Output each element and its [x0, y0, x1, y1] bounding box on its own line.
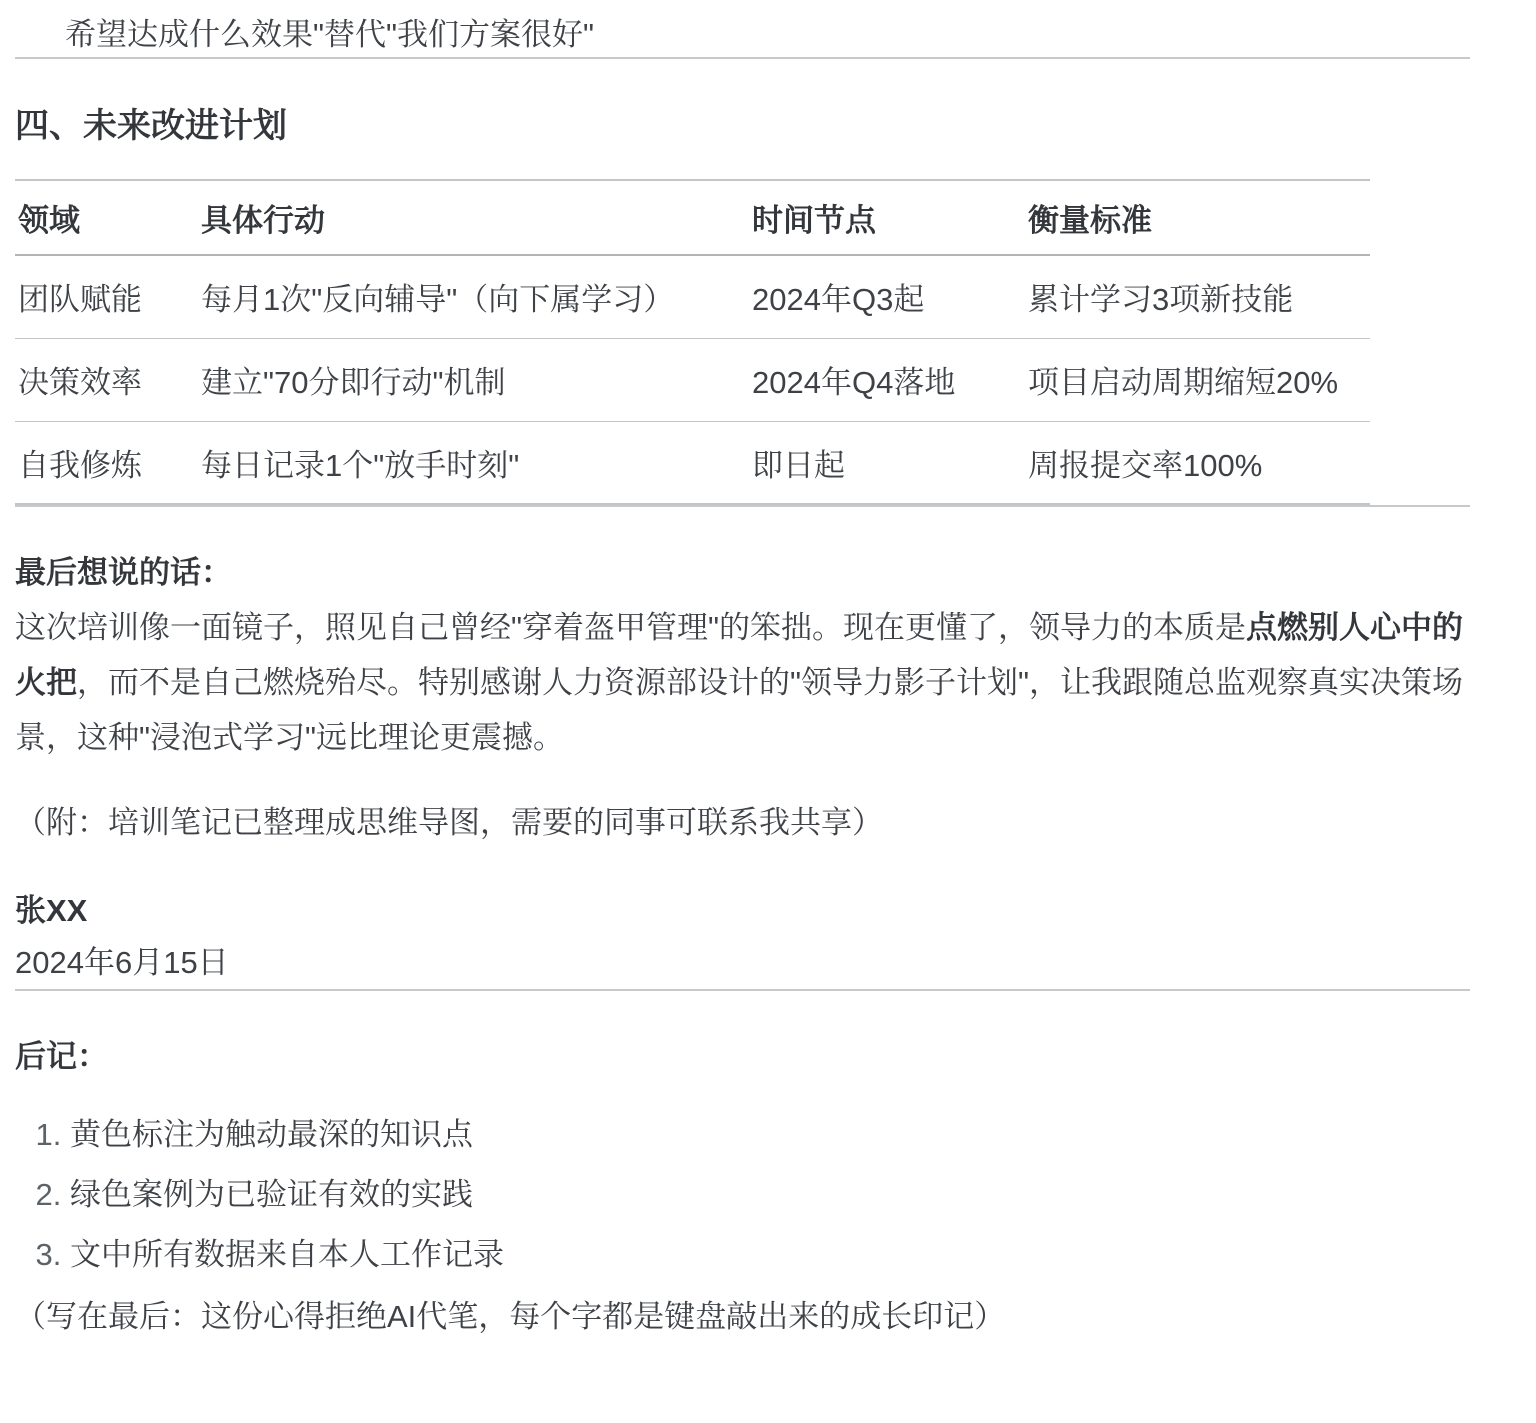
improvement-plan-table: 领域 具体行动 时间节点 衡量标准 团队赋能 每月1次"反向辅导"（向下属学习）… — [15, 179, 1370, 505]
list-item: 绿色案例为已验证有效的实践 — [70, 1175, 1470, 1215]
table-section-divider — [15, 505, 1470, 507]
section-heading: 四、未来改进计划 — [15, 104, 1470, 148]
postscript-list: 黄色标注为触动最深的知识点 绿色案例为已验证有效的实践 文中所有数据来自本人工作… — [15, 1115, 1470, 1275]
attachment-note: （附：培训笔记已整理成思维导图，需要的同事可联系我共享） — [15, 801, 1470, 845]
table-cell: 每月1次"反向辅导"（向下属学习） — [198, 255, 749, 338]
closing-text-after-bold: ，而不是自己燃烧殆尽。特别感谢人力资源部设计的"领导力影子计划"，让我跟随总监观… — [15, 665, 1463, 755]
closing-label: 最后想说的话： — [15, 555, 232, 590]
table-cell: 即日起 — [749, 421, 1025, 504]
document: 希望达成什么效果"替代"我们方案很好" 四、未来改进计划 领域 具体行动 时间节… — [0, 13, 1536, 1339]
table-row: 自我修炼 每日记录1个"放手时刻" 即日起 周报提交率100% — [15, 421, 1370, 504]
table-cell: 项目启动周期缩短20% — [1025, 338, 1370, 421]
table-header-cell: 衡量标准 — [1025, 180, 1370, 255]
signature-block: 张XX2024年6月15日 — [15, 885, 1470, 989]
table-cell: 2024年Q4落地 — [749, 338, 1025, 421]
postscript-divider — [15, 989, 1470, 991]
closing-text-before-bold: 这次培训像一面镜子，照见自己曾经"穿着盔甲管理"的笨拙。现在更懂了，领导力的本质… — [15, 610, 1246, 645]
list-item: 黄色标注为触动最深的知识点 — [70, 1115, 1470, 1155]
final-note: （写在最后：这份心得拒绝AI代笔，每个字都是键盘敲出来的成长印记） — [15, 1295, 1470, 1339]
signature-date: 2024年6月15日 — [15, 945, 229, 980]
table-row: 团队赋能 每月1次"反向辅导"（向下属学习） 2024年Q3起 累计学习3项新技… — [15, 255, 1370, 338]
table-cell: 周报提交率100% — [1025, 421, 1370, 504]
table-cell: 每日记录1个"放手时刻" — [198, 421, 749, 504]
table-header-cell: 具体行动 — [198, 180, 749, 255]
table-cell: 建立"70分即行动"机制 — [198, 338, 749, 421]
table-row: 决策效率 建立"70分即行动"机制 2024年Q4落地 项目启动周期缩短20% — [15, 338, 1370, 421]
table-cell: 自我修炼 — [15, 421, 198, 504]
table-header-cell: 领域 — [15, 180, 198, 255]
intro-line: 希望达成什么效果"替代"我们方案很好" — [65, 13, 1470, 57]
signature-name: 张XX — [15, 893, 87, 928]
table-cell: 累计学习3项新技能 — [1025, 255, 1370, 338]
closing-paragraph: 最后想说的话：这次培训像一面镜子，照见自己曾经"穿着盔甲管理"的笨拙。现在更懂了… — [15, 545, 1470, 765]
table-header-cell: 时间节点 — [749, 180, 1025, 255]
list-item: 文中所有数据来自本人工作记录 — [70, 1235, 1470, 1275]
table-cell: 团队赋能 — [15, 255, 198, 338]
postscript-heading: 后记： — [15, 1039, 108, 1074]
table-header-row: 领域 具体行动 时间节点 衡量标准 — [15, 180, 1370, 255]
table-cell: 2024年Q3起 — [749, 255, 1025, 338]
table-cell: 决策效率 — [15, 338, 198, 421]
section-divider — [15, 57, 1470, 59]
postscript-heading-row: 后记： — [15, 1035, 1470, 1079]
